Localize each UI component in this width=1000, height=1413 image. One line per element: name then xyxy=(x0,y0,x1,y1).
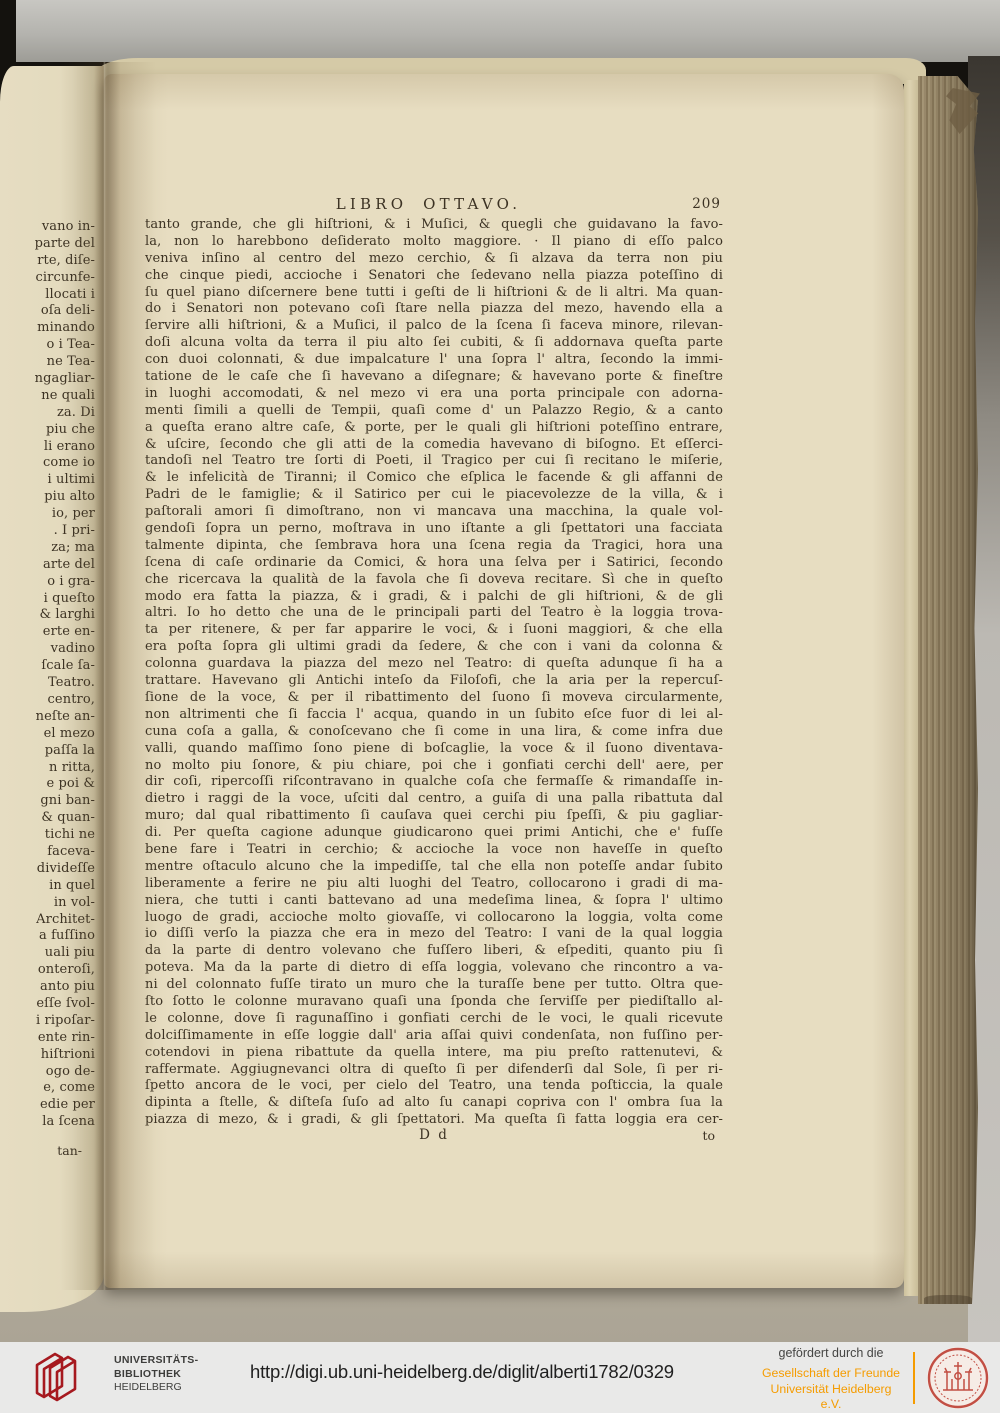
text-line: dir coſi, ripercoſſi riſcontravano in qu… xyxy=(145,774,723,791)
left-page-text-line: piu che xyxy=(0,422,95,439)
left-page-text-line: li erano xyxy=(0,439,95,456)
left-page-text-line: faceva- xyxy=(0,844,95,861)
text-line: ſu quel piano diſcernere bene tutti i ge… xyxy=(145,285,723,302)
left-page-text-line: Architet- xyxy=(0,912,95,929)
text-line: valli, quando maſſimo ſono piene di boſc… xyxy=(145,741,723,758)
text-line: tandoſi nel Teatro tre ſorti di Poeti, i… xyxy=(145,453,723,470)
left-page-text-line: . I pri- xyxy=(0,523,95,540)
text-line: con duoi colonnati, & due impalcature l'… xyxy=(145,352,723,369)
left-page-text-line: ogo de- xyxy=(0,1064,95,1081)
scan-background-top xyxy=(16,0,1000,62)
text-line: ſto ſotto le colonne muravano quaſi una … xyxy=(145,994,723,1011)
library-name: UNIVERSITÄTS- BIBLIOTHEK HEIDELBERG xyxy=(114,1354,198,1395)
footer-divider xyxy=(913,1352,915,1404)
digitization-footer-bar: UNIVERSITÄTS- BIBLIOTHEK HEIDELBERG http… xyxy=(0,1342,1000,1413)
left-page-text-line: parte del xyxy=(0,236,95,253)
left-page-text-line: uali piu xyxy=(0,945,95,962)
text-line: veniva inſino al centro del mezo cerchio… xyxy=(145,251,723,268)
left-page-text-line: paſſa la xyxy=(0,743,95,760)
left-page-text-line: & larghi xyxy=(0,607,95,624)
page-edge-strip xyxy=(904,80,918,1296)
left-page-text-line: in quel xyxy=(0,878,95,895)
left-page-text-line: i queſto xyxy=(0,591,95,608)
left-page-text-line: n ritta, xyxy=(0,760,95,777)
library-name-line1: UNIVERSITÄTS- xyxy=(114,1354,198,1368)
text-line: colonna guardava la piazza del mezo nel … xyxy=(145,656,723,673)
left-page-text-line: i ultimi xyxy=(0,472,95,489)
text-line: niera, che tutti i canti battevano ad un… xyxy=(145,893,723,910)
left-page-text-line: ne quali xyxy=(0,388,95,405)
ub-heidelberg-logo-icon xyxy=(30,1349,94,1407)
text-line: & uſcire, ſecondo che gli atti de la com… xyxy=(145,437,723,454)
text-line: gendoſi ſopra un perno, moſtrava in uno … xyxy=(145,521,723,538)
persistent-url: http://digi.ub.uni-heidelberg.de/diglit/… xyxy=(250,1361,674,1383)
text-line: ni del colonnato fuſſe tirato un muro ch… xyxy=(145,977,723,994)
catchword: to xyxy=(702,1128,715,1143)
text-line: la, non lo harebbono deſiderato molto ma… xyxy=(145,234,723,251)
text-line: paſtorali amori ſi dimoſtrano, non vi ma… xyxy=(145,504,723,521)
left-page-text-line: io, per xyxy=(0,506,95,523)
left-page-text-line: ſcale ſa- xyxy=(0,658,95,675)
text-line: dolciſſimamente in eſſe loggie dall' ari… xyxy=(145,1028,723,1045)
funder-name: Gesellschaft der Freunde xyxy=(760,1366,902,1382)
text-line: altri. Io ho detto che una de le princip… xyxy=(145,605,723,622)
left-page-text-line: e poi & xyxy=(0,776,95,793)
funding-note: gefördert durch die Gesellschaft der Fre… xyxy=(760,1346,902,1413)
left-page-text-line: el mezo xyxy=(0,726,95,743)
text-line: cotendovi in piena ribattute da quella i… xyxy=(145,1045,723,1062)
text-line: bene fare i Teatri in cerchio; & accioch… xyxy=(145,842,723,859)
left-page-text-line: tichi ne xyxy=(0,827,95,844)
signature-mark: D d xyxy=(419,1127,449,1143)
left-page-text-line: ngagliar- xyxy=(0,371,95,388)
text-line: che cinque piedi, accioche i Senatori ch… xyxy=(145,268,723,285)
left-page-text-column: vano in-parte delrte, diſe-circunfe-lloc… xyxy=(0,219,104,1131)
text-line: tatione de le caſe che ſi havevano a diſ… xyxy=(145,369,723,386)
left-page-text-line: come io xyxy=(0,455,95,472)
left-page-text-line: hiſtrioni xyxy=(0,1047,95,1064)
text-line: le colonne, dove ſi ragunaſſino i gonfia… xyxy=(145,1011,723,1028)
left-page-fragment: vano in-parte delrte, diſe-circunfe-lloc… xyxy=(0,66,104,1312)
text-line: trattare. Havevano gli Antichi inteſo da… xyxy=(145,673,723,690)
left-page-text-line: minando xyxy=(0,320,95,337)
text-line: ta per ritenere, & per far apparire le v… xyxy=(145,622,723,639)
text-line: cuna coſa a galla, & conoſcevano che ſi … xyxy=(145,724,723,741)
book-scan-photo: vano in-parte delrte, diſe-circunfe-lloc… xyxy=(0,0,1000,1413)
left-page-text-line: anto piu xyxy=(0,979,95,996)
left-page-text-line: Teatro. xyxy=(0,675,95,692)
text-line: luogo de gradi, accioche molto giovaſſe,… xyxy=(145,910,723,927)
library-name-line3: HEIDELBERG xyxy=(114,1381,198,1395)
text-line: da la parte di dentro volevano che fuſſe… xyxy=(145,943,723,960)
text-line: no molto piu ſonore, & piu chiare, poi c… xyxy=(145,758,723,775)
text-line: raffermate. Aggiugnevanci oltra di queſt… xyxy=(145,1062,723,1079)
text-line: Padri de le famiglie; & il Satirico per … xyxy=(145,487,723,504)
left-page-text-line: centro, xyxy=(0,692,95,709)
book-page-209: LIBRO OTTAVO. 209 tanto grande, che gli … xyxy=(104,74,904,1288)
funding-intro: gefördert durch die xyxy=(760,1346,902,1360)
text-line: ſervire alli hiſtrioni, & a Muſici, il p… xyxy=(145,318,723,335)
left-page-text-line: edie per xyxy=(0,1097,95,1114)
text-line: in luoghi accomodati, & nel mezo vi era … xyxy=(145,386,723,403)
text-line: doſi alcuna volta da terra il piu alto ſ… xyxy=(145,335,723,352)
left-page-text-line: oſa deli- xyxy=(0,303,95,320)
left-page-text-line: a fuſſino xyxy=(0,928,95,945)
left-page-text-line: vano in- xyxy=(0,219,95,236)
university-seal-icon xyxy=(926,1346,990,1410)
left-page-text-line: za; ma xyxy=(0,540,95,557)
left-page-text-line: eſſe ſvol- xyxy=(0,996,95,1013)
left-page-text-line: piu alto xyxy=(0,489,95,506)
text-line: dipinta a ſtelle, & diſteſa ſuſo ad alto… xyxy=(145,1095,723,1112)
text-line: modo era fatta la piazza, & i gradi, & i… xyxy=(145,589,723,606)
text-line: che ricercava la qualità de la favola ch… xyxy=(145,572,723,589)
left-page-text-line: llocati i xyxy=(0,287,95,304)
text-line: poteva. Ma da la parte di dietro di eſſa… xyxy=(145,960,723,977)
page-number: 209 xyxy=(692,196,721,212)
left-page-text-line: ne Tea- xyxy=(0,354,95,371)
text-line: mentre oſtaculo alcuno che la impediſſe,… xyxy=(145,859,723,876)
text-line: muro; dal qual ribattimento ſi cauſava q… xyxy=(145,808,723,825)
left-page-text-line: vadino xyxy=(0,641,95,658)
left-page-text-line: i ripoſar- xyxy=(0,1013,95,1030)
text-line: & le infelicità de Tiranni; il Comico ch… xyxy=(145,470,723,487)
left-page-text-line: in vol- xyxy=(0,895,95,912)
text-line: di. Per queſta cagione adunque giudicaro… xyxy=(145,825,723,842)
left-page-text-line: & quan- xyxy=(0,810,95,827)
body-text: tanto grande, che gli hiſtrioni, & i Muſ… xyxy=(145,217,723,1129)
text-line: era poſta ſopra gli ultimi gradi da ſede… xyxy=(145,639,723,656)
left-page-text-line: circunfe- xyxy=(0,270,95,287)
funder-org: Universität Heidelberg e.V. xyxy=(760,1382,902,1413)
left-page-text-line: e, come xyxy=(0,1080,95,1097)
left-page-text-line: onteroſi, xyxy=(0,962,95,979)
text-line: ſpetto ancora de le voci, per cielo del … xyxy=(145,1078,723,1095)
text-line: menti ſimili a quelli de Tempii, quaſi c… xyxy=(145,403,723,420)
signature-row: D d to xyxy=(145,1127,723,1144)
left-page-text-line: gni ban- xyxy=(0,793,95,810)
left-page-text-line: la ſcena xyxy=(0,1114,95,1131)
text-line: do i Senatori non potevano coſi ſtare ne… xyxy=(145,301,723,318)
text-line: talmente dipinta, che ſembrava hora una … xyxy=(145,538,723,555)
left-page-text-line: arte del xyxy=(0,557,95,574)
left-page-text-line: za. Di xyxy=(0,405,95,422)
text-line: ſcena di caſe ordinarie da Comici, & hor… xyxy=(145,555,723,572)
text-line: tanto grande, che gli hiſtrioni, & i Muſ… xyxy=(145,217,723,234)
left-page-text-line: rte, diſe- xyxy=(0,253,95,270)
left-page-text-line: o i gra- xyxy=(0,574,95,591)
running-title: LIBRO OTTAVO. xyxy=(336,195,521,213)
text-line: liberamente a ferire ne piu alti luoghi … xyxy=(145,876,723,893)
text-line: dietro i raggi de la voce, uſciti dal ce… xyxy=(145,791,723,808)
left-page-text-line: o i Tea- xyxy=(0,337,95,354)
left-page-text-line: ente rin- xyxy=(0,1030,95,1047)
text-line: non altrimenti che ſi faccia l' acqua, q… xyxy=(145,707,723,724)
left-page-catchword: tan- xyxy=(0,1143,104,1158)
library-name-line2: BIBLIOTHEK xyxy=(114,1368,198,1382)
left-page-text-line: divideſſe xyxy=(0,861,95,878)
left-page-text-line: neſte an- xyxy=(0,709,95,726)
page-header: LIBRO OTTAVO. 209 xyxy=(145,195,723,217)
text-line: ſione de la voce, & per il ribattimento … xyxy=(145,690,723,707)
text-line: io diſſi verſo la piazza che era in mezo… xyxy=(145,926,723,943)
text-line: a queſta erano altre caſe, & porte, per … xyxy=(145,420,723,437)
fore-edge-page-block xyxy=(918,76,978,1304)
left-page-text-line: erte en- xyxy=(0,624,95,641)
page-text-block: LIBRO OTTAVO. 209 tanto grande, che gli … xyxy=(145,195,723,1144)
